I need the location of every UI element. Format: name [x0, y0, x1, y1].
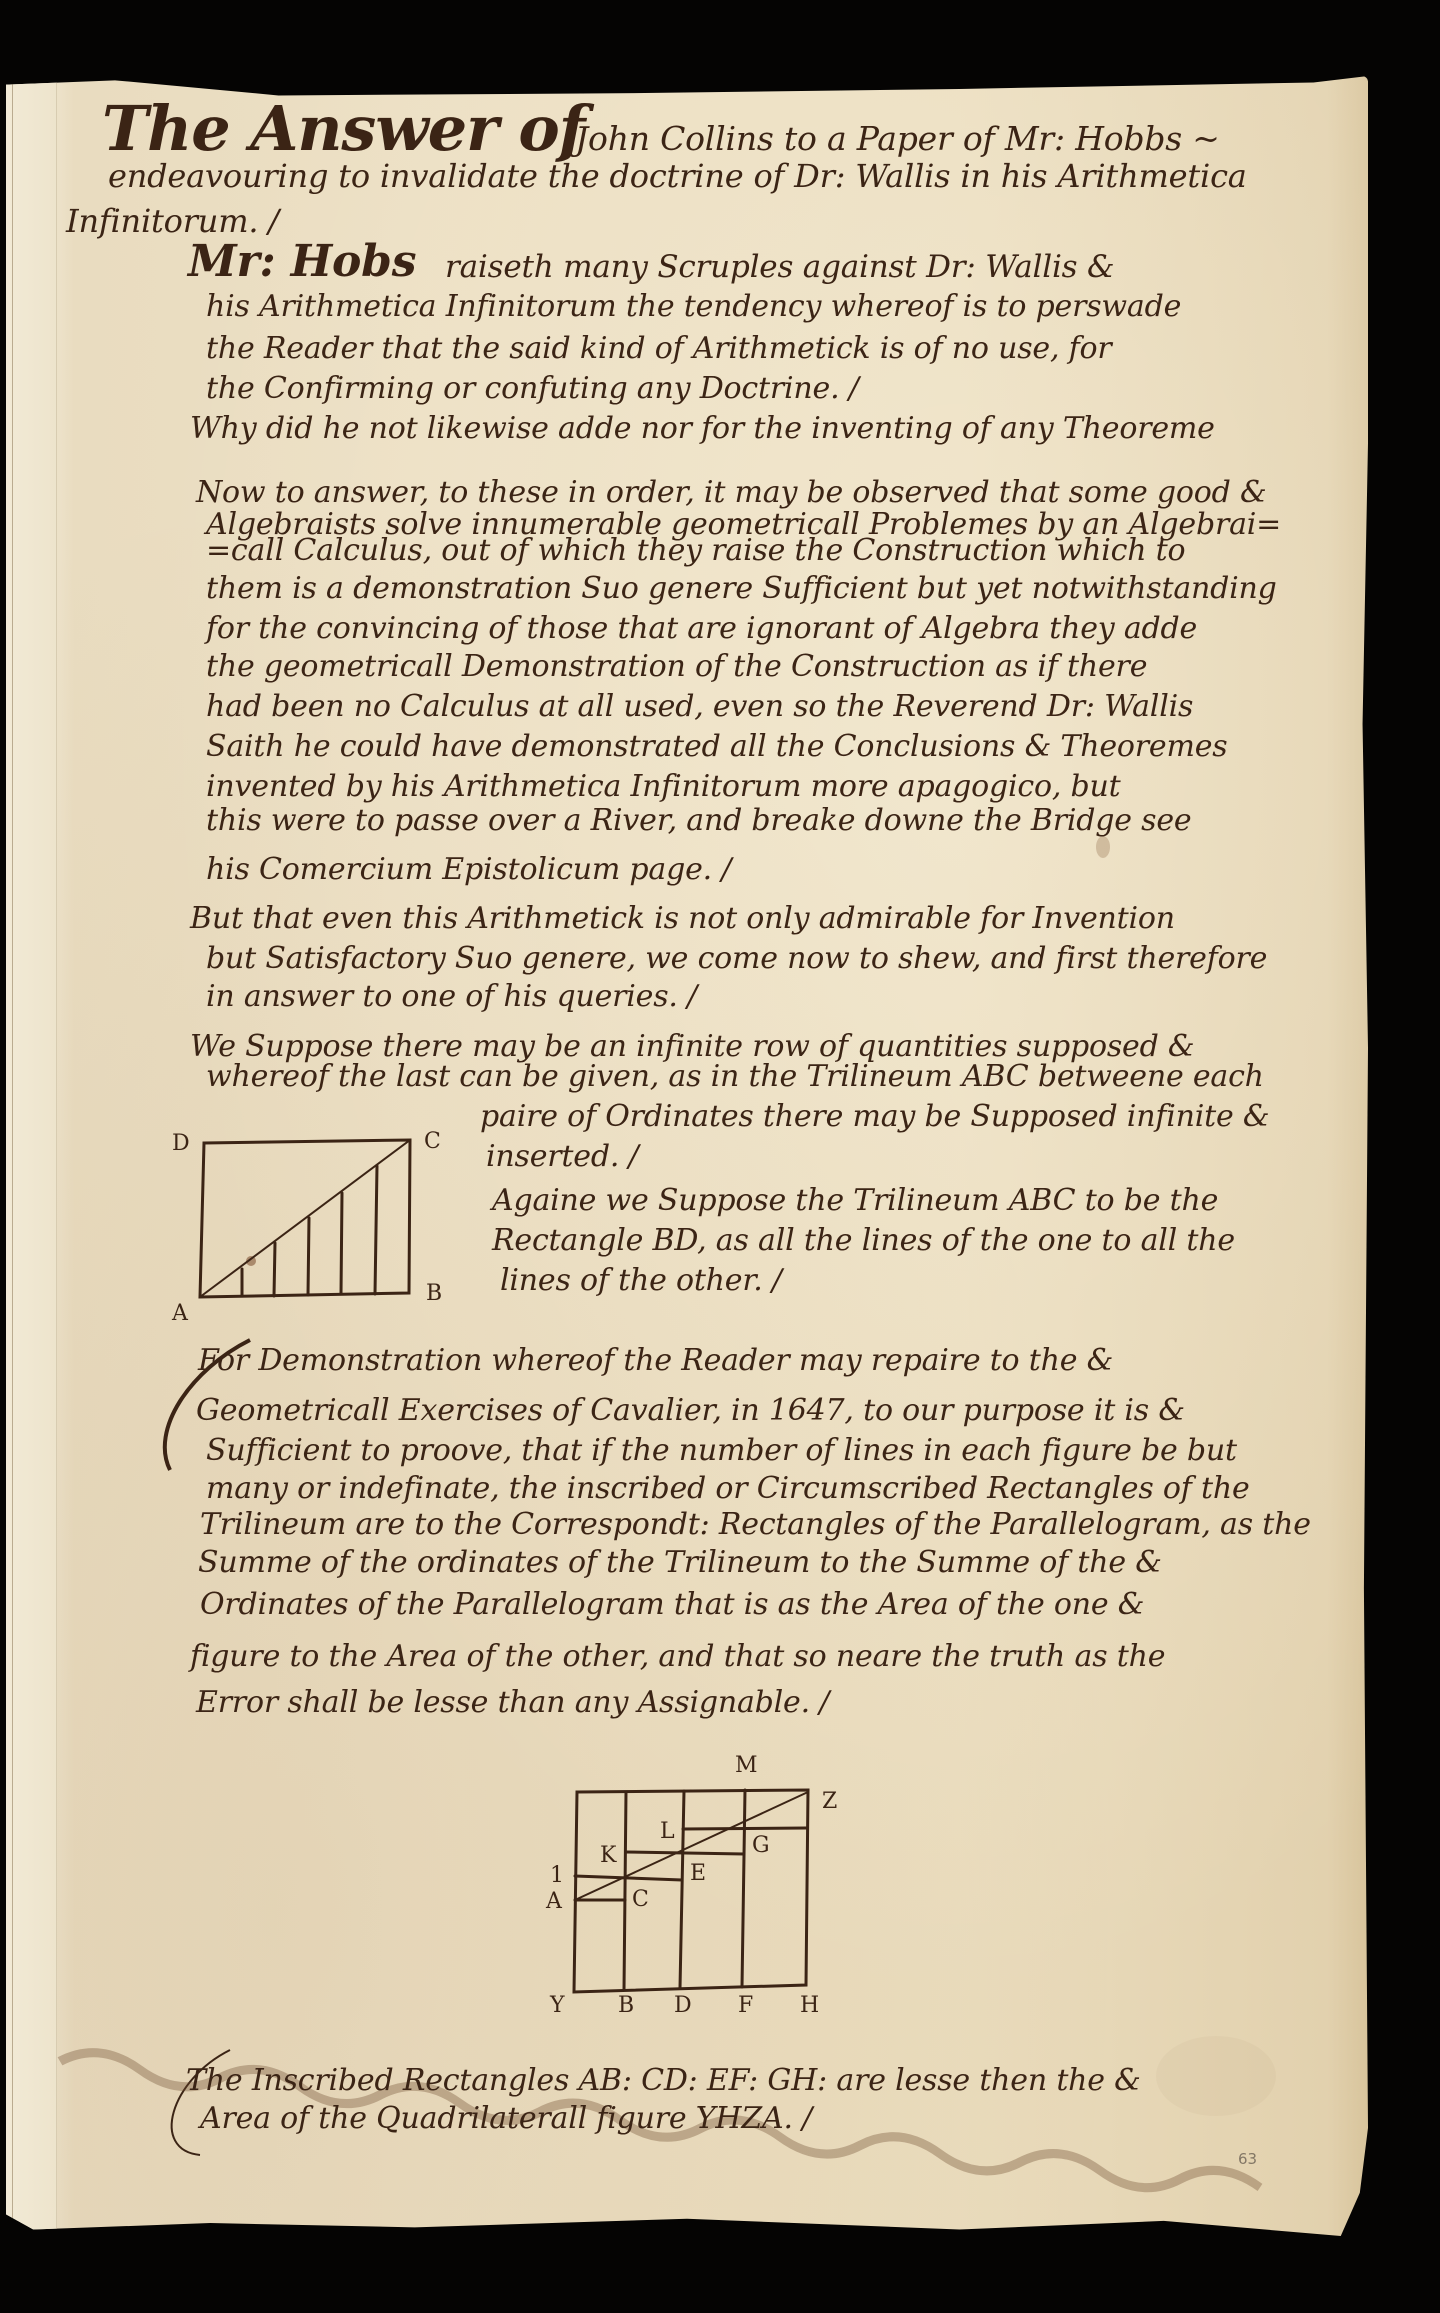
text-line: endeavouring to invalidate the doctrine …: [108, 160, 1247, 192]
text-line: for the convincing of those that are ign…: [206, 614, 1197, 644]
text-line: Rectangle BD, as all the lines of the on…: [492, 1226, 1235, 1256]
text-line: Summe of the ordinates of the Trilineum …: [198, 1548, 1162, 1578]
text-line: We Suppose there may be an infinite row …: [190, 1032, 1194, 1062]
text-line: in answer to one of his queries. /: [206, 982, 697, 1012]
text-line: lines of the other. /: [500, 1266, 782, 1296]
text-line: invented by his Arithmetica Infinitorum …: [206, 772, 1121, 802]
text-line: his Arithmetica Infinitorum the tendency…: [206, 292, 1181, 322]
title-lead: The Answer of: [102, 98, 584, 160]
fold-line: [12, 76, 13, 2236]
text-line: Againe we Suppose the Trilineum ABC to b…: [492, 1186, 1218, 1216]
binding-gutter: [6, 76, 57, 2236]
ink-stain: [1096, 836, 1110, 858]
text-line: them is a demonstration Suo genere Suffi…: [206, 574, 1277, 604]
text-line: Saith he could have demonstrated all the…: [206, 732, 1227, 762]
text-line: Area of the Quadrilaterall figure YHZA. …: [200, 2104, 812, 2134]
ink-stain: [246, 1256, 256, 1266]
text-line: Ordinates of the Parallelogram that is a…: [200, 1590, 1144, 1620]
text-line: Now to answer, to these in order, it may…: [196, 478, 1266, 508]
text-line: Sufficient to proove, that if the number…: [206, 1436, 1237, 1466]
stain: [1156, 2036, 1276, 2116]
mr-hobs: Mr: Hobs: [188, 240, 416, 284]
text-line: Geometricall Exercises of Cavalier, in 1…: [196, 1396, 1185, 1426]
text-line: But that even this Arithmetick is not on…: [190, 904, 1175, 934]
text-line: had been no Calculus at all used, even s…: [206, 692, 1193, 722]
text-line: the geometricall Demonstration of the Co…: [206, 652, 1147, 682]
text-line: but Satisfactory Suo genere, we come now…: [206, 944, 1267, 974]
text-line: figure to the Area of the other, and tha…: [190, 1642, 1165, 1672]
text-line: this were to passe over a River, and bre…: [206, 806, 1191, 836]
text-line: For Demonstration whereof the Reader may…: [198, 1346, 1113, 1376]
text-line: his Comercium Epistolicum page. /: [206, 855, 731, 885]
text-line: Why did he not likewise adde nor for the…: [190, 414, 1215, 444]
text-line: the Reader that the said kind of Arithme…: [206, 334, 1112, 364]
text-line: Trilineum are to the Correspondt: Rectan…: [200, 1510, 1311, 1540]
text-line: Infinitorum. /: [66, 205, 279, 237]
folio-mark: 63: [1238, 2150, 1257, 2168]
text-line: paire of Ordinates there may be Supposed…: [480, 1102, 1269, 1132]
text-line: the Confirming or confuting any Doctrine…: [206, 374, 859, 404]
text-line: Error shall be lesse than any Assignable…: [196, 1688, 829, 1718]
text-line: many or indefinate, the inscribed or Cir…: [206, 1474, 1250, 1504]
title-rest: John Collins to a Paper of Mr: Hobbs ~: [575, 122, 1220, 155]
text-line: =call Calculus, out of which they raise …: [206, 536, 1185, 566]
text-line: whereof the last can be given, as in the…: [206, 1062, 1264, 1092]
text-line: inserted. /: [486, 1142, 638, 1172]
text-line: raiseth many Scruples against Dr: Wallis…: [445, 252, 1114, 283]
text-line: The Inscribed Rectangles AB: CD: EF: GH:…: [186, 2066, 1141, 2096]
